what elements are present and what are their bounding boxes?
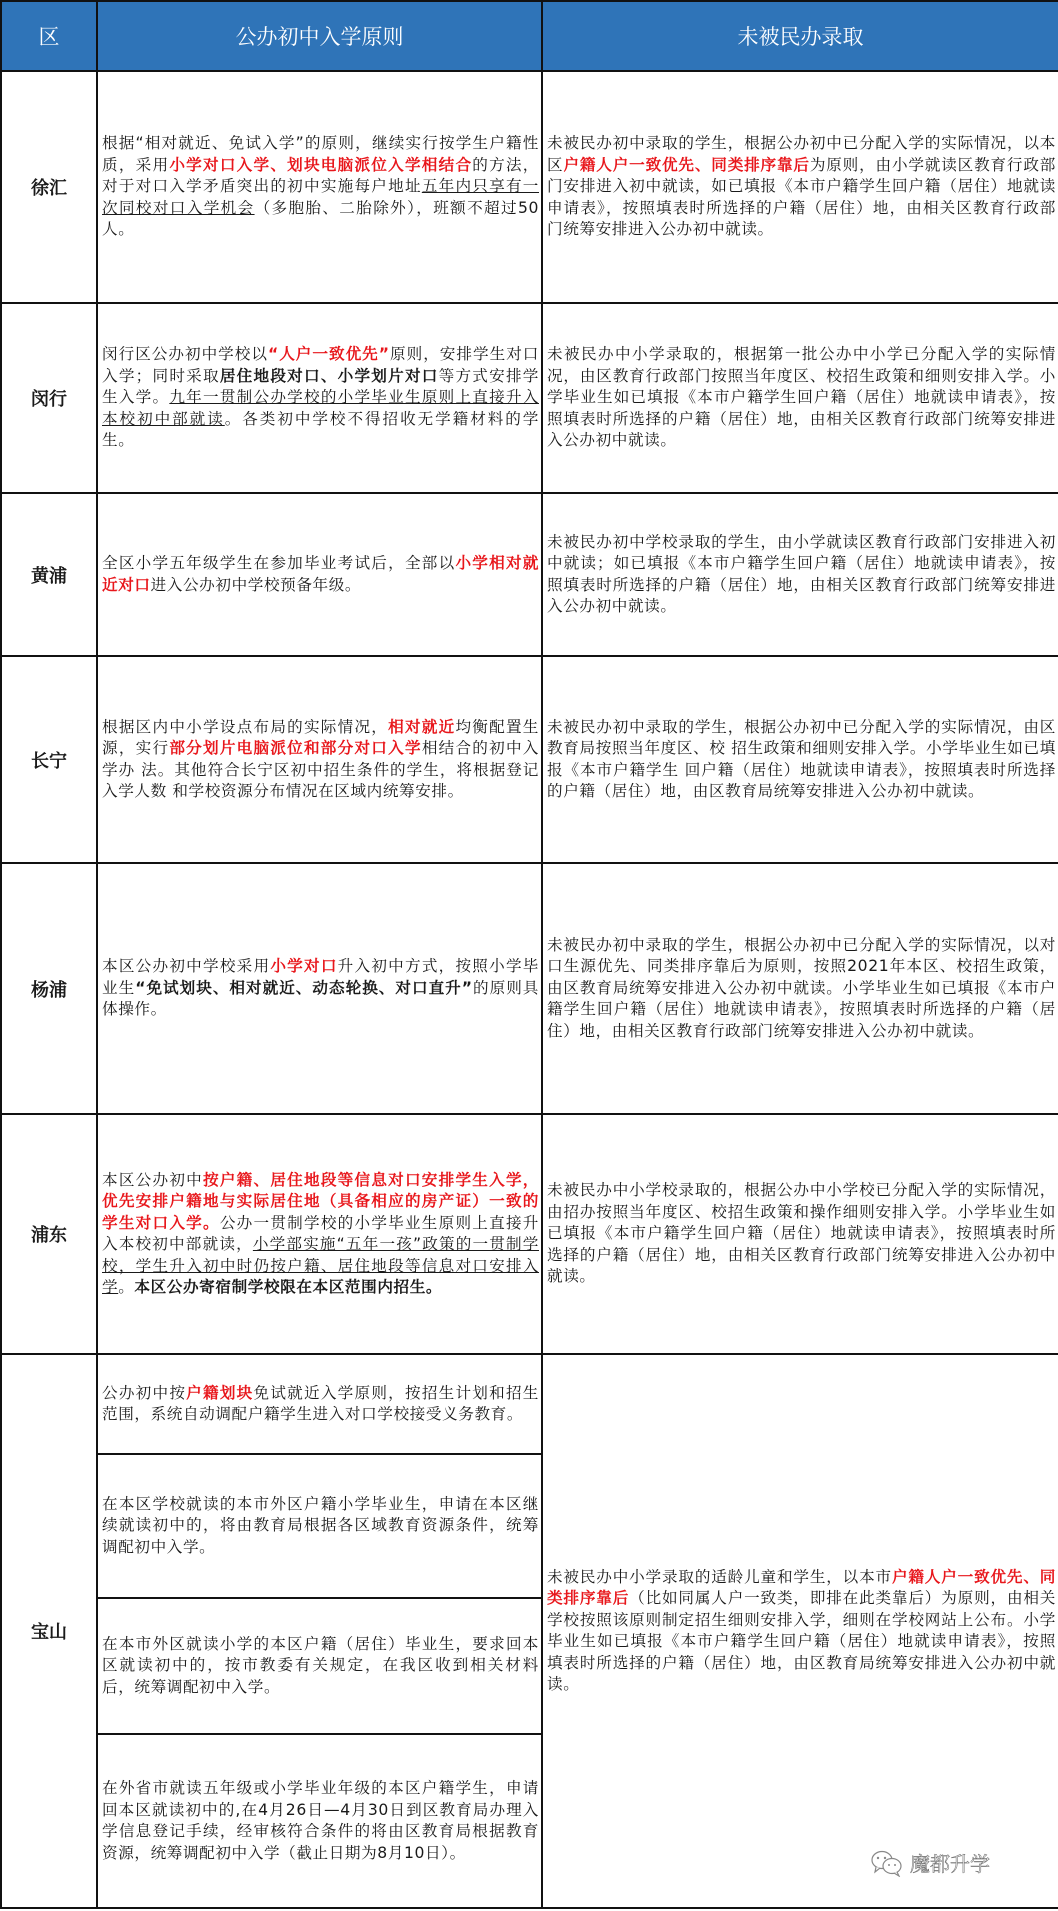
bold-text: 本区公办寄宿制学校限在本区范围内招生。 — [134, 1278, 442, 1296]
table-row: 黄浦 全区小学五年级学生在参加毕业考试后，全部以小学相对就近对口进入公办初中学校… — [1, 493, 1058, 656]
body-text: 全区小学五年级学生在参加毕业考试后，全部以 — [102, 554, 455, 572]
district-name: 浦东 — [1, 1114, 97, 1354]
principle-cell: 全区小学五年级学生在参加毕业考试后，全部以小学相对就近对口进入公办初中学校预备年… — [97, 493, 542, 656]
principle-subcell: 在本区学校就读的本市外区户籍小学毕业生，申请在本区继续就读初中的，将由教育局根据… — [97, 1454, 542, 1598]
body-text: 。 — [118, 1278, 134, 1296]
admission-policy-table: 区 公办初中入学原则 未被民办录取 徐汇 根据“相对就近、免试入学”的原则，继续… — [0, 0, 1058, 1909]
body-text: 未被民办中小学校录取的，根据公办中小学校已分配入学的实际情况，由招办按照当年度区… — [547, 1181, 1056, 1285]
unadmitted-cell: 未被民办初中录取的学生，根据公办初中已分配入学的实际情况，以本区户籍人户一致优先… — [542, 71, 1058, 303]
highlight-text: 小学对口入学、划块电脑派位入学相结合 — [169, 156, 472, 174]
principle-cell: 根据“相对就近、免试入学”的原则，继续实行按学生户籍性质，采用小学对口入学、划块… — [97, 71, 542, 303]
table-row: 长宁 根据区内中小学设点布局的实际情况，相对就近均衡配置生源，实行部分划片电脑派… — [1, 656, 1058, 863]
header-row: 区 公办初中入学原则 未被民办录取 — [1, 1, 1058, 71]
principle-subcell: 公办初中按户籍划块免试就近入学原则，按招生计划和招生范围，系统自动调配户籍学生进… — [97, 1354, 542, 1454]
body-text: 未被民办中小学录取的适龄儿童和学生，以本市 — [547, 1568, 892, 1586]
body-text: 未被民办初中录取的学生，根据公办初中已分配入学的实际情况，由区教育局按照当年度区… — [547, 718, 1056, 801]
bold-text: “免试划块、相对就近、动态轮换、对口直升” — [135, 979, 472, 997]
header-unadmitted: 未被民办录取 — [542, 1, 1058, 71]
unadmitted-cell: 未被民办初中录取的学生，根据公办初中已分配入学的实际情况，以对口生源优先、同类排… — [542, 863, 1058, 1114]
highlight-text: 部分划片电脑派位和部分对口入学 — [169, 739, 421, 757]
body-text: 未被民办初中学校录取的学生，由小学就读区教育行政部门安排进入初中就读；如已填报《… — [547, 533, 1056, 616]
unadmitted-cell: 未被民办初中学校录取的学生，由小学就读区教育行政部门安排进入初中就读；如已填报《… — [542, 493, 1058, 656]
table-row: 浦东 本区公办初中按户籍、居住地段等信息对口安排学生入学，优先安排户籍地与实际居… — [1, 1114, 1058, 1354]
principle-cell: 本区公办初中学校采用小学对口升入初中方式，按照小学毕业生“免试划块、相对就近、动… — [97, 863, 542, 1114]
unadmitted-cell: 未被民办中小学录取的，根据第一批公办中小学已分配入学的实际情况，由区教育行政部门… — [542, 303, 1058, 493]
table-row: 杨浦 本区公办初中学校采用小学对口升入初中方式，按照小学毕业生“免试划块、相对就… — [1, 863, 1058, 1114]
highlight-text: 相对就近 — [388, 718, 455, 736]
unadmitted-cell: 未被民办中小学录取的适龄儿童和学生，以本市户籍人户一致优先、同类排序靠后（比如同… — [542, 1354, 1058, 1908]
principle-cell: 根据区内中小学设点布局的实际情况，相对就近均衡配置生源，实行部分划片电脑派位和部… — [97, 656, 542, 863]
body-text: 进入公办初中学校预备年级。 — [151, 576, 362, 594]
highlight-text: 小学对口 — [270, 957, 337, 975]
district-name: 黄浦 — [1, 493, 97, 656]
principle-cell: 闵行区公办初中学校以“人户一致优先”原则，安排学生对口入学；同时采取居住地段对口… — [97, 303, 542, 493]
body-text: 未被民办中小学录取的，根据第一批公办中小学已分配入学的实际情况，由区教育行政部门… — [547, 345, 1056, 449]
watermark: 魔都升学 — [870, 1848, 990, 1877]
principle-subcell: 在本市外区就读小学的本区户籍（居住）毕业生，要求回本区就读初中的，按市教委有关规… — [97, 1598, 542, 1734]
header-principle: 公办初中入学原则 — [97, 1, 542, 71]
table-row-baoshan: 宝山 公办初中按户籍划块免试就近入学原则，按招生计划和招生范围，系统自动调配户籍… — [1, 1354, 1058, 1454]
wechat-icon — [870, 1849, 904, 1877]
body-text: 闵行区公办初中学校以 — [102, 345, 268, 363]
district-name: 闵行 — [1, 303, 97, 493]
body-text: 未被民办初中录取的学生，根据公办初中已分配入学的实际情况，以对口生源优先、同类排… — [547, 936, 1056, 1040]
table-row: 闵行 闵行区公办初中学校以“人户一致优先”原则，安排学生对口入学；同时采取居住地… — [1, 303, 1058, 493]
body-text: 在外省市就读五年级或小学毕业年级的本区户籍学生，申请回本区就读初中的,在4月26… — [102, 1779, 539, 1862]
body-text: 公办初中按 — [102, 1384, 186, 1402]
header-district: 区 — [1, 1, 97, 71]
principle-cell: 本区公办初中按户籍、居住地段等信息对口安排学生入学，优先安排户籍地与实际居住地（… — [97, 1114, 542, 1354]
table-row: 徐汇 根据“相对就近、免试入学”的原则，继续实行按学生户籍性质，采用小学对口入学… — [1, 71, 1058, 303]
district-name: 杨浦 — [1, 863, 97, 1114]
bold-text: 居住地段对口、小学划片对口 — [220, 367, 439, 385]
highlight-text: “人户一致优先” — [268, 345, 390, 363]
district-name: 宝山 — [1, 1354, 97, 1908]
body-text: 在本区学校就读的本市外区户籍小学毕业生，申请在本区继续就读初中的，将由教育局根据… — [102, 1495, 539, 1556]
body-text: 根据区内中小学设点布局的实际情况， — [102, 718, 388, 736]
district-name: 长宁 — [1, 656, 97, 863]
unadmitted-cell: 未被民办中小学校录取的，根据公办中小学校已分配入学的实际情况，由招办按照当年度区… — [542, 1114, 1058, 1354]
body-text: 在本市外区就读小学的本区户籍（居住）毕业生，要求回本区就读初中的，按市教委有关规… — [102, 1635, 539, 1696]
highlight-text: 户籍人户一致优先、同类排序靠后 — [563, 156, 809, 174]
highlight-text: 户籍划块 — [186, 1384, 253, 1402]
body-text: 本区公办初中 — [102, 1171, 203, 1189]
watermark-label: 魔都升学 — [910, 1848, 990, 1877]
unadmitted-cell: 未被民办初中录取的学生，根据公办初中已分配入学的实际情况，由区教育局按照当年度区… — [542, 656, 1058, 863]
district-name: 徐汇 — [1, 71, 97, 303]
principle-subcell: 在外省市就读五年级或小学毕业年级的本区户籍学生，申请回本区就读初中的,在4月26… — [97, 1734, 542, 1908]
body-text: 本区公办初中学校采用 — [102, 957, 270, 975]
